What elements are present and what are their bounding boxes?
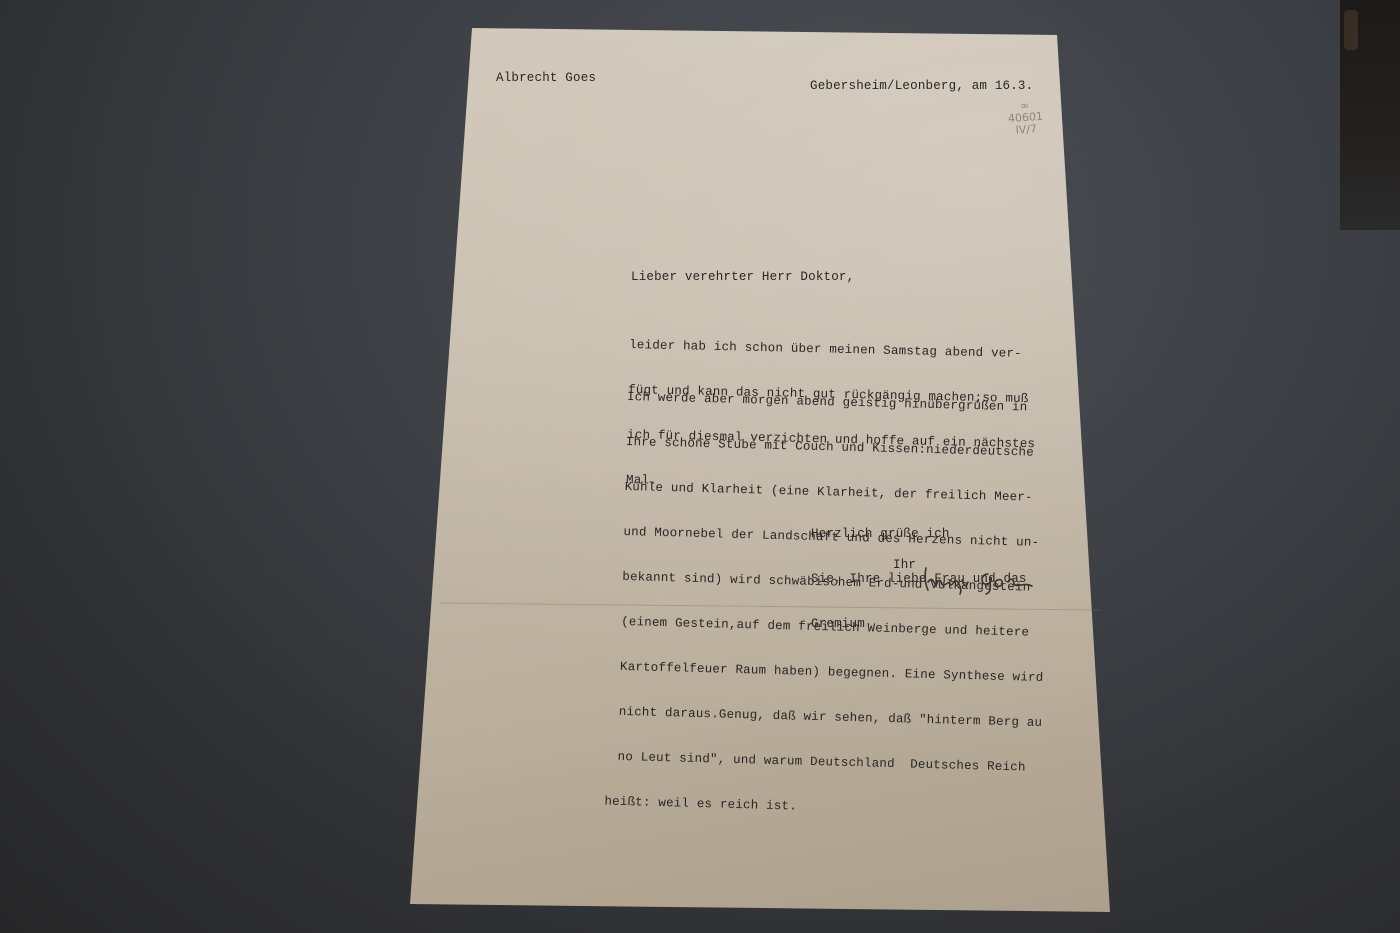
- closing-line: Herzlich grüße ich: [811, 527, 1027, 542]
- valediction: Ihr: [893, 558, 916, 573]
- place-and-date: Gebersheim/Leonberg, am 16.3.: [810, 79, 1033, 94]
- paragraph-line: leider hab ich schon über meinen Samstag…: [629, 338, 1037, 362]
- handwritten-signature-icon: [920, 560, 1045, 596]
- paragraph-line: Ihre schöne Stube mit Couch und Kissen:n…: [626, 435, 1050, 461]
- salutation: Lieber verehrter Herr Doktor,: [631, 270, 854, 285]
- paragraph-line: Ich werde aber morgen abend geistig hinü…: [627, 390, 1051, 416]
- paragraph-line: heißt: weil es reich ist.: [604, 795, 1040, 821]
- archive-shelf: IV/7: [1008, 123, 1044, 137]
- paragraph-line: Kartoffelfeuer Raum haben) begegnen. Ein…: [620, 660, 1044, 686]
- paragraph-line: nicht daraus.Genug, daß wir sehen, daß "…: [619, 705, 1043, 731]
- closing-line: Gremium: [811, 617, 1027, 632]
- paragraph-line: no Leut sind", und warum Deutschland Deu…: [617, 750, 1041, 776]
- sender-name: Albrecht Goes: [496, 71, 596, 86]
- backdrop-edge: [1340, 0, 1400, 230]
- archival-pencil-note: ∞ 40601 IV/7: [1007, 99, 1044, 137]
